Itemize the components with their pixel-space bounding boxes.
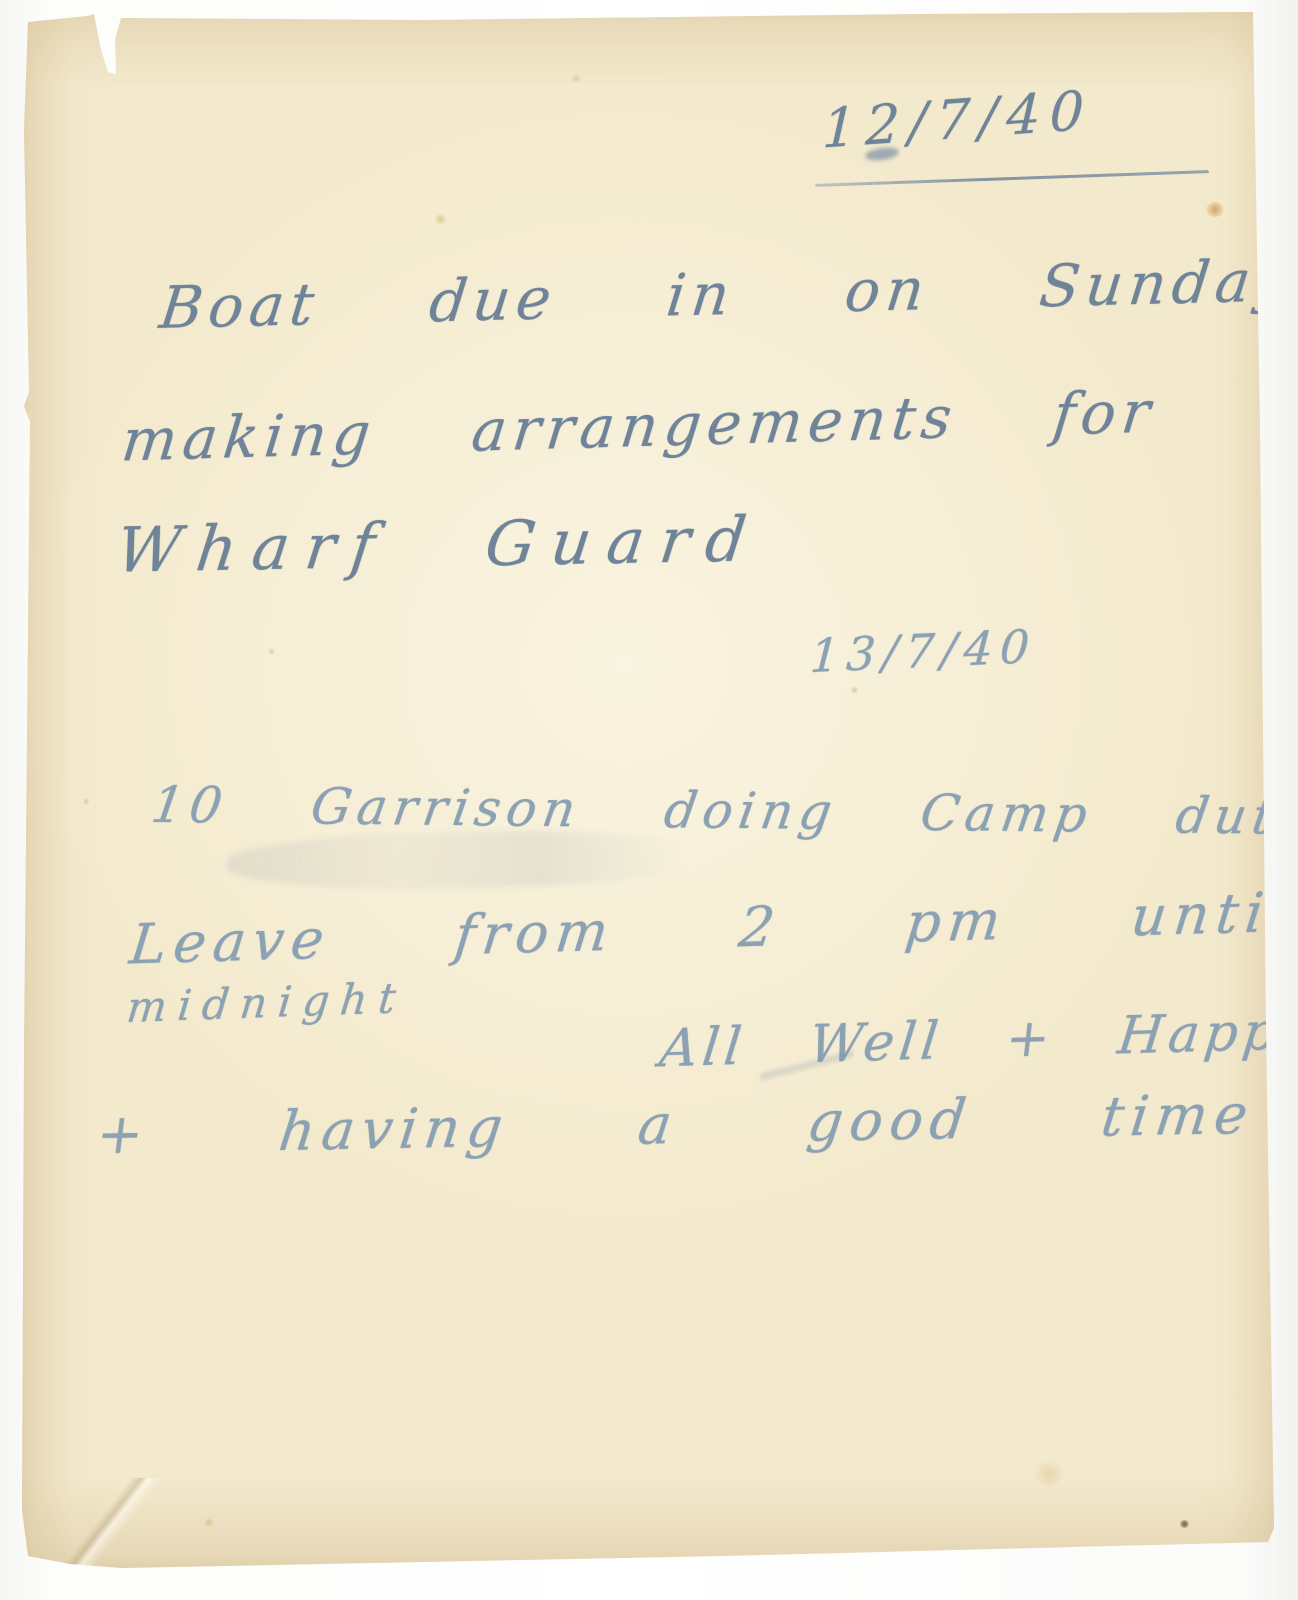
stain: [268, 648, 275, 655]
entry-2-date: 13/7/40: [808, 619, 1037, 683]
diary-page-paper: 12/7/40 Boat due in on Sunday making arr…: [22, 10, 1278, 1568]
folded-corner-crease: [44, 1478, 164, 1578]
stain: [570, 74, 582, 83]
stain: [82, 798, 90, 805]
handwriting-line-6: midnight: [124, 973, 408, 1032]
handwriting-line-7: All Well + Happy: [657, 1001, 1298, 1080]
entry-1-date: 12/7/40: [821, 78, 1094, 160]
stain: [850, 686, 859, 694]
handwriting-line-4: 10 Garrison doing Camp dutys: [148, 776, 1298, 846]
stain: [434, 214, 447, 225]
handwriting-line-2: making arrangements for: [118, 377, 1159, 474]
handwriting-line-3: Wharf Guard: [113, 502, 767, 586]
stain: [1180, 1520, 1189, 1528]
handwriting-line-8: + having a good time: [93, 1082, 1258, 1166]
handwriting-line-1: Boat due in on Sunday: [156, 246, 1298, 342]
stain: [1032, 1462, 1066, 1486]
stain: [1206, 202, 1224, 217]
stain: [204, 1518, 214, 1527]
date-underline: [815, 170, 1209, 187]
handwriting-line-5: Leave from 2 pm until: [127, 880, 1298, 977]
